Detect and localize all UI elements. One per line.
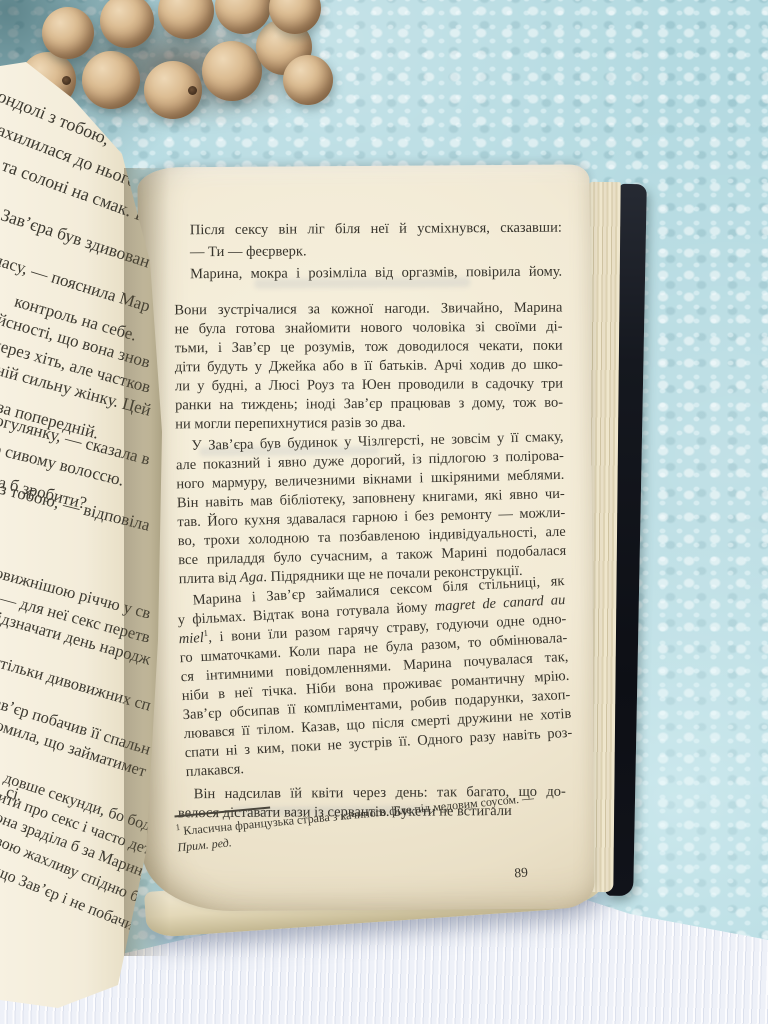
paragraph: Марина, мокра і розімліла від оргазмів, … xyxy=(174,263,562,285)
paragraph: У Зав’єра був будинок у Чізлгерсті, не з… xyxy=(175,428,567,589)
paragraph: Після сексу він ліг біля неї й усміхнувс… xyxy=(174,219,562,241)
text-line: Марина, мокра і розімліла від оргазмів, … xyxy=(174,263,562,285)
paragraph: Марина і Зав’єр займалися сексом біля ст… xyxy=(176,572,573,782)
right-page: Після сексу він ліг біля неї й усміхнувс… xyxy=(137,164,594,911)
photo-open-book-scene: Після сексу він ліг біля неї й усміхнувс… xyxy=(0,0,768,1024)
wooden-bead xyxy=(42,7,94,59)
text-line: — Ти — феєрверк. xyxy=(174,241,562,263)
right-page-text: Після сексу він ліг біля неї й усміхнувс… xyxy=(174,219,566,824)
paragraph: — Ти — феєрверк. xyxy=(174,241,562,263)
bead-hole xyxy=(62,76,71,85)
paragraph: Вони зустрічалися за кожної нагоди. Звич… xyxy=(174,299,563,435)
wooden-bead xyxy=(202,41,262,101)
text-line: Після сексу він ліг біля неї й усміхнувс… xyxy=(174,219,562,241)
wooden-bead xyxy=(283,55,333,105)
wooden-bead xyxy=(82,51,140,109)
page-number: 89 xyxy=(514,865,528,882)
bead-hole xyxy=(188,86,197,95)
text-line: ранки на тиждень; іноді Зав’єр працював … xyxy=(175,394,563,416)
